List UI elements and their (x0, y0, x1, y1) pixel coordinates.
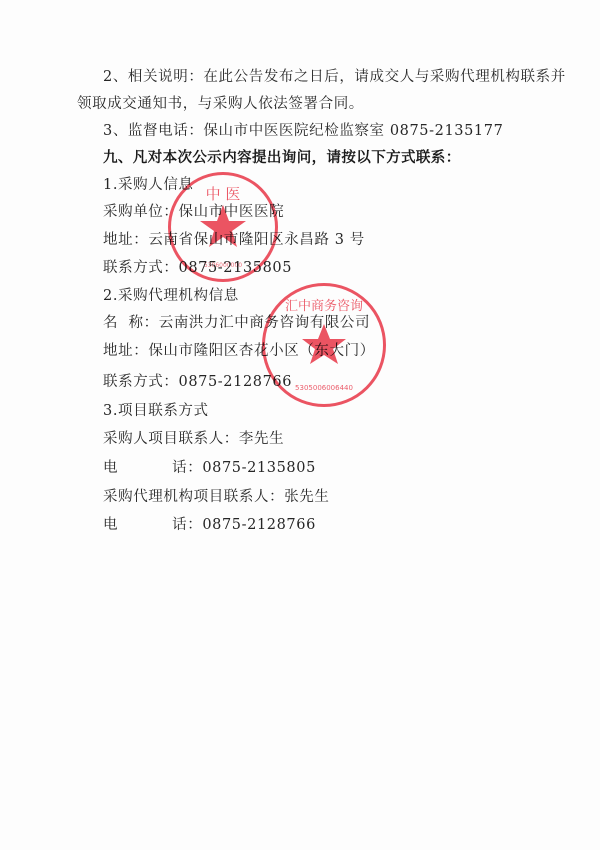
star-icon: 中 医 5306000000 (171, 175, 275, 279)
svg-text:汇中商务咨询: 汇中商务咨询 (285, 298, 363, 314)
document-page: 2、相关说明：在此公告发布之日后，请成交人与采购代理机构联系并 领取成交通知书，… (0, 0, 600, 850)
purchaser-seal: 中 医 5306000000 (168, 172, 278, 282)
svg-text:5306000000: 5306000000 (204, 262, 242, 269)
svg-text:中 医: 中 医 (206, 185, 241, 203)
purchaser-unit-label: 采购单位： (103, 204, 179, 220)
agency-contact-label: 联系方式： (103, 374, 179, 390)
agency-heading: 2.采购代理机构信息 (103, 287, 239, 305)
agency-phone-label-b: 话： (172, 517, 202, 533)
supervision-phone: 3、监督电话：保山市中医医院纪检监察室 0875-2135177 (103, 122, 503, 140)
svg-text:5305006006440: 5305006006440 (295, 384, 353, 392)
agency-address-label: 地址： (103, 343, 148, 359)
purchaser-phone-label-b: 话： (172, 460, 202, 476)
purchaser-phone-label-a: 电 (103, 460, 118, 476)
purchaser-project-phone: 电话：0875-2135805 (103, 459, 316, 477)
agency-phone-value: 0875-2128766 (202, 517, 316, 533)
agency-name-label: 名 称： (103, 315, 159, 331)
purchaser-project-contact-label: 采购人项目联系人： (103, 431, 239, 447)
agency-project-contact-value: 张先生 (284, 489, 329, 505)
project-contacts-heading: 3.项目联系方式 (103, 402, 209, 420)
agency-contact: 联系方式：0875-2128766 (103, 373, 292, 391)
purchaser-address-label: 地址： (103, 232, 148, 248)
star-icon: 汇中商务咨询 5305006006440 (265, 286, 383, 404)
agency-project-contact-label: 采购代理机构项目联系人： (103, 489, 284, 505)
agency-phone-label-a: 电 (103, 517, 118, 533)
purchaser-phone-value: 0875-2135805 (202, 460, 316, 476)
section-heading-inquiry: 九、凡对本次公示内容提出询问，请按以下方式联系： (103, 149, 461, 167)
note-related-explanation: 2、相关说明：在此公告发布之日后，请成交人与采购代理机构联系并 (103, 68, 566, 86)
purchaser-project-contact-value: 李先生 (239, 431, 284, 447)
purchaser-project-contact: 采购人项目联系人：李先生 (103, 430, 284, 448)
agency-project-phone: 电话：0875-2128766 (103, 516, 316, 534)
agency-seal: 汇中商务咨询 5305006006440 (262, 283, 386, 407)
purchaser-contact-label: 联系方式： (103, 260, 179, 276)
note-related-explanation-cont: 领取成交通知书，与采购人依法签署合同。 (77, 95, 364, 113)
agency-project-contact: 采购代理机构项目联系人：张先生 (103, 488, 330, 506)
